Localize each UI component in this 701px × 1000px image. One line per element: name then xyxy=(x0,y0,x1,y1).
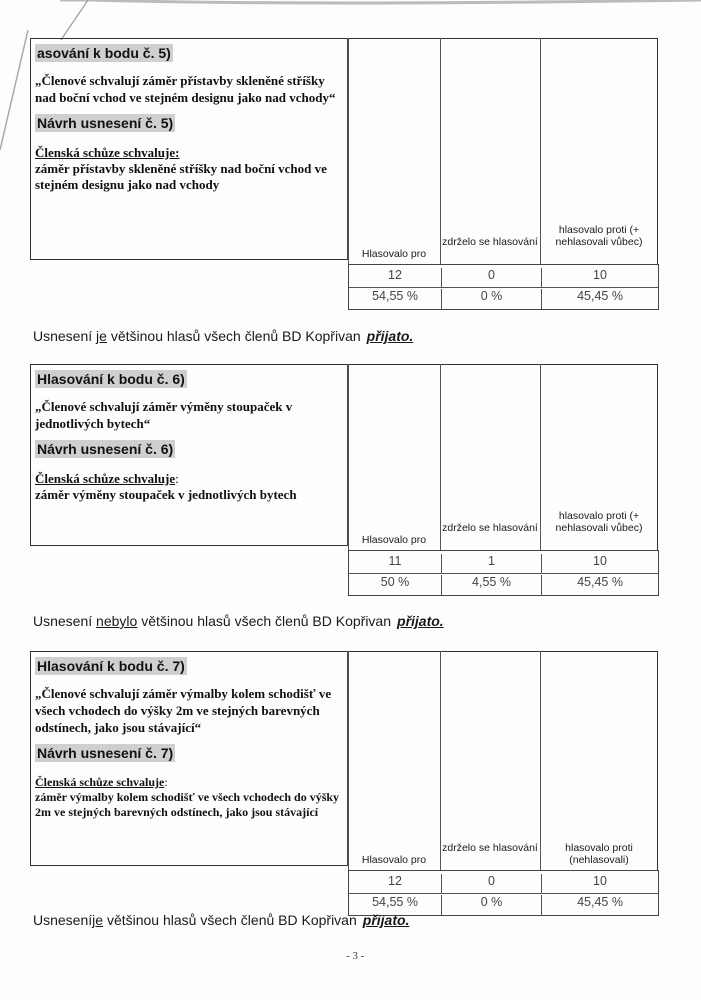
verdict: je xyxy=(96,328,107,344)
column-divider xyxy=(348,364,349,550)
percent-against: 45,45 % xyxy=(541,289,658,309)
header-against: hlasovalo proti (+ nehlasovali vůbec) xyxy=(545,510,653,534)
votes-against: 10 xyxy=(541,554,658,573)
outcome: přijato. xyxy=(363,912,410,928)
percent-row: 54,55 % 0 % 45,45 % xyxy=(349,289,658,309)
percent-abstained: 4,55 % xyxy=(441,575,541,595)
vote-results-table: 12 0 10 54,55 % 0 % 45,45 % xyxy=(348,870,659,916)
column-divider xyxy=(657,38,658,264)
votes-abstained: 1 xyxy=(441,554,541,573)
proposal-heading: Návrh usnesení č. 6) xyxy=(35,440,175,458)
resolution-text: Členská schůze schvaluje: záměr výměny s… xyxy=(35,471,347,503)
votes-row: 12 0 10 xyxy=(349,874,658,894)
approves-label: Členská schůze schvaluje xyxy=(35,775,164,789)
percent-against: 45,45 % xyxy=(541,575,658,595)
header-for: Hlasovalo pro xyxy=(348,534,440,546)
resolution-result-7: Usneseníje většinou hlasů všech členů BD… xyxy=(33,912,409,928)
column-divider xyxy=(657,364,658,550)
resolution-result-5: Usnesení je většinou hlasů všech členů B… xyxy=(33,328,413,344)
resolution-text: Členská schůze schvaluje: záměr výmalby … xyxy=(35,775,347,820)
percent-abstained: 0 % xyxy=(441,895,541,915)
header-abstained: zdrželo se hlasování xyxy=(440,842,540,854)
verdict: nebylo xyxy=(96,613,137,629)
votes-for: 11 xyxy=(349,554,441,573)
approves-label: Členská schůze schvaluje: xyxy=(35,145,179,160)
header-against: hlasovalo proti (nehlasovali) xyxy=(545,842,653,866)
votes-row: 12 0 10 xyxy=(349,268,658,288)
votes-row: 11 1 10 xyxy=(349,554,658,574)
column-divider xyxy=(348,651,349,870)
motion-quote: „Členové schvalují záměr výmalby kolem s… xyxy=(35,685,347,736)
percent-for: 54,55 % xyxy=(349,289,441,309)
page-number: - 3 - xyxy=(346,950,364,962)
column-divider xyxy=(657,651,658,870)
votes-for: 12 xyxy=(349,874,441,893)
vote-results-table: 11 1 10 50 % 4,55 % 45,45 % xyxy=(348,550,659,596)
vote-heading: asování k bodu č. 5) xyxy=(35,44,173,62)
resolution-body: záměr výmalby kolem schodišť ve všech vc… xyxy=(35,790,339,819)
resolution-body: záměr výměny stoupaček v jednotlivých by… xyxy=(35,487,297,502)
percent-for: 50 % xyxy=(349,575,441,595)
resolution-result-6: Usnesení nebylo většinou hlasů všech čle… xyxy=(33,613,444,629)
votes-against: 10 xyxy=(541,874,658,893)
motion-box: asování k bodu č. 5) „Členové schvalují … xyxy=(30,38,348,260)
column-divider xyxy=(348,38,349,264)
page-fold-shadow xyxy=(0,0,701,40)
votes-for: 12 xyxy=(349,268,441,287)
resolution-text: Členská schůze schvaluje: záměr přístavb… xyxy=(35,145,347,193)
resolution-body: záměr přístavby skleněné stříšky nad boč… xyxy=(35,161,327,192)
vote-heading: Hlasování k bodu č. 6) xyxy=(35,370,187,388)
header-abstained: zdrželo se hlasování xyxy=(440,236,540,248)
vote-results-table: 12 0 10 54,55 % 0 % 45,45 % xyxy=(348,264,659,310)
motion-box: Hlasování k bodu č. 6) „Členové schvaluj… xyxy=(30,364,348,546)
vote-heading: Hlasování k bodu č. 7) xyxy=(35,657,187,675)
header-against: hlasovalo proti (+ nehlasovali vůbec) xyxy=(545,224,653,248)
motion-box: Hlasování k bodu č. 7) „Členové schvaluj… xyxy=(30,651,348,866)
header-for: Hlasovalo pro xyxy=(348,854,440,866)
votes-against: 10 xyxy=(541,268,658,287)
approves-label: Členská schůze schvaluje xyxy=(35,471,175,486)
outcome: přijato. xyxy=(367,328,414,344)
votes-abstained: 0 xyxy=(441,874,541,893)
proposal-heading: Návrh usnesení č. 7) xyxy=(35,744,175,762)
percent-abstained: 0 % xyxy=(441,289,541,309)
column-divider xyxy=(540,651,541,870)
proposal-heading: Návrh usnesení č. 5) xyxy=(35,114,175,132)
column-divider xyxy=(540,364,541,550)
column-divider xyxy=(440,38,441,264)
percent-row: 50 % 4,55 % 45,45 % xyxy=(349,575,658,595)
header-for: Hlasovalo pro xyxy=(348,248,440,260)
motion-quote: „Členové schvalují záměr přístavby sklen… xyxy=(35,72,347,106)
outcome: přijato. xyxy=(397,613,444,629)
votes-abstained: 0 xyxy=(441,268,541,287)
column-divider xyxy=(440,651,441,870)
column-divider xyxy=(540,38,541,264)
percent-against: 45,45 % xyxy=(541,895,658,915)
motion-quote: „Členové schvalují záměr výměny stoupače… xyxy=(35,398,347,432)
verdict: je xyxy=(92,912,103,928)
header-abstained: zdrželo se hlasování xyxy=(440,522,540,534)
